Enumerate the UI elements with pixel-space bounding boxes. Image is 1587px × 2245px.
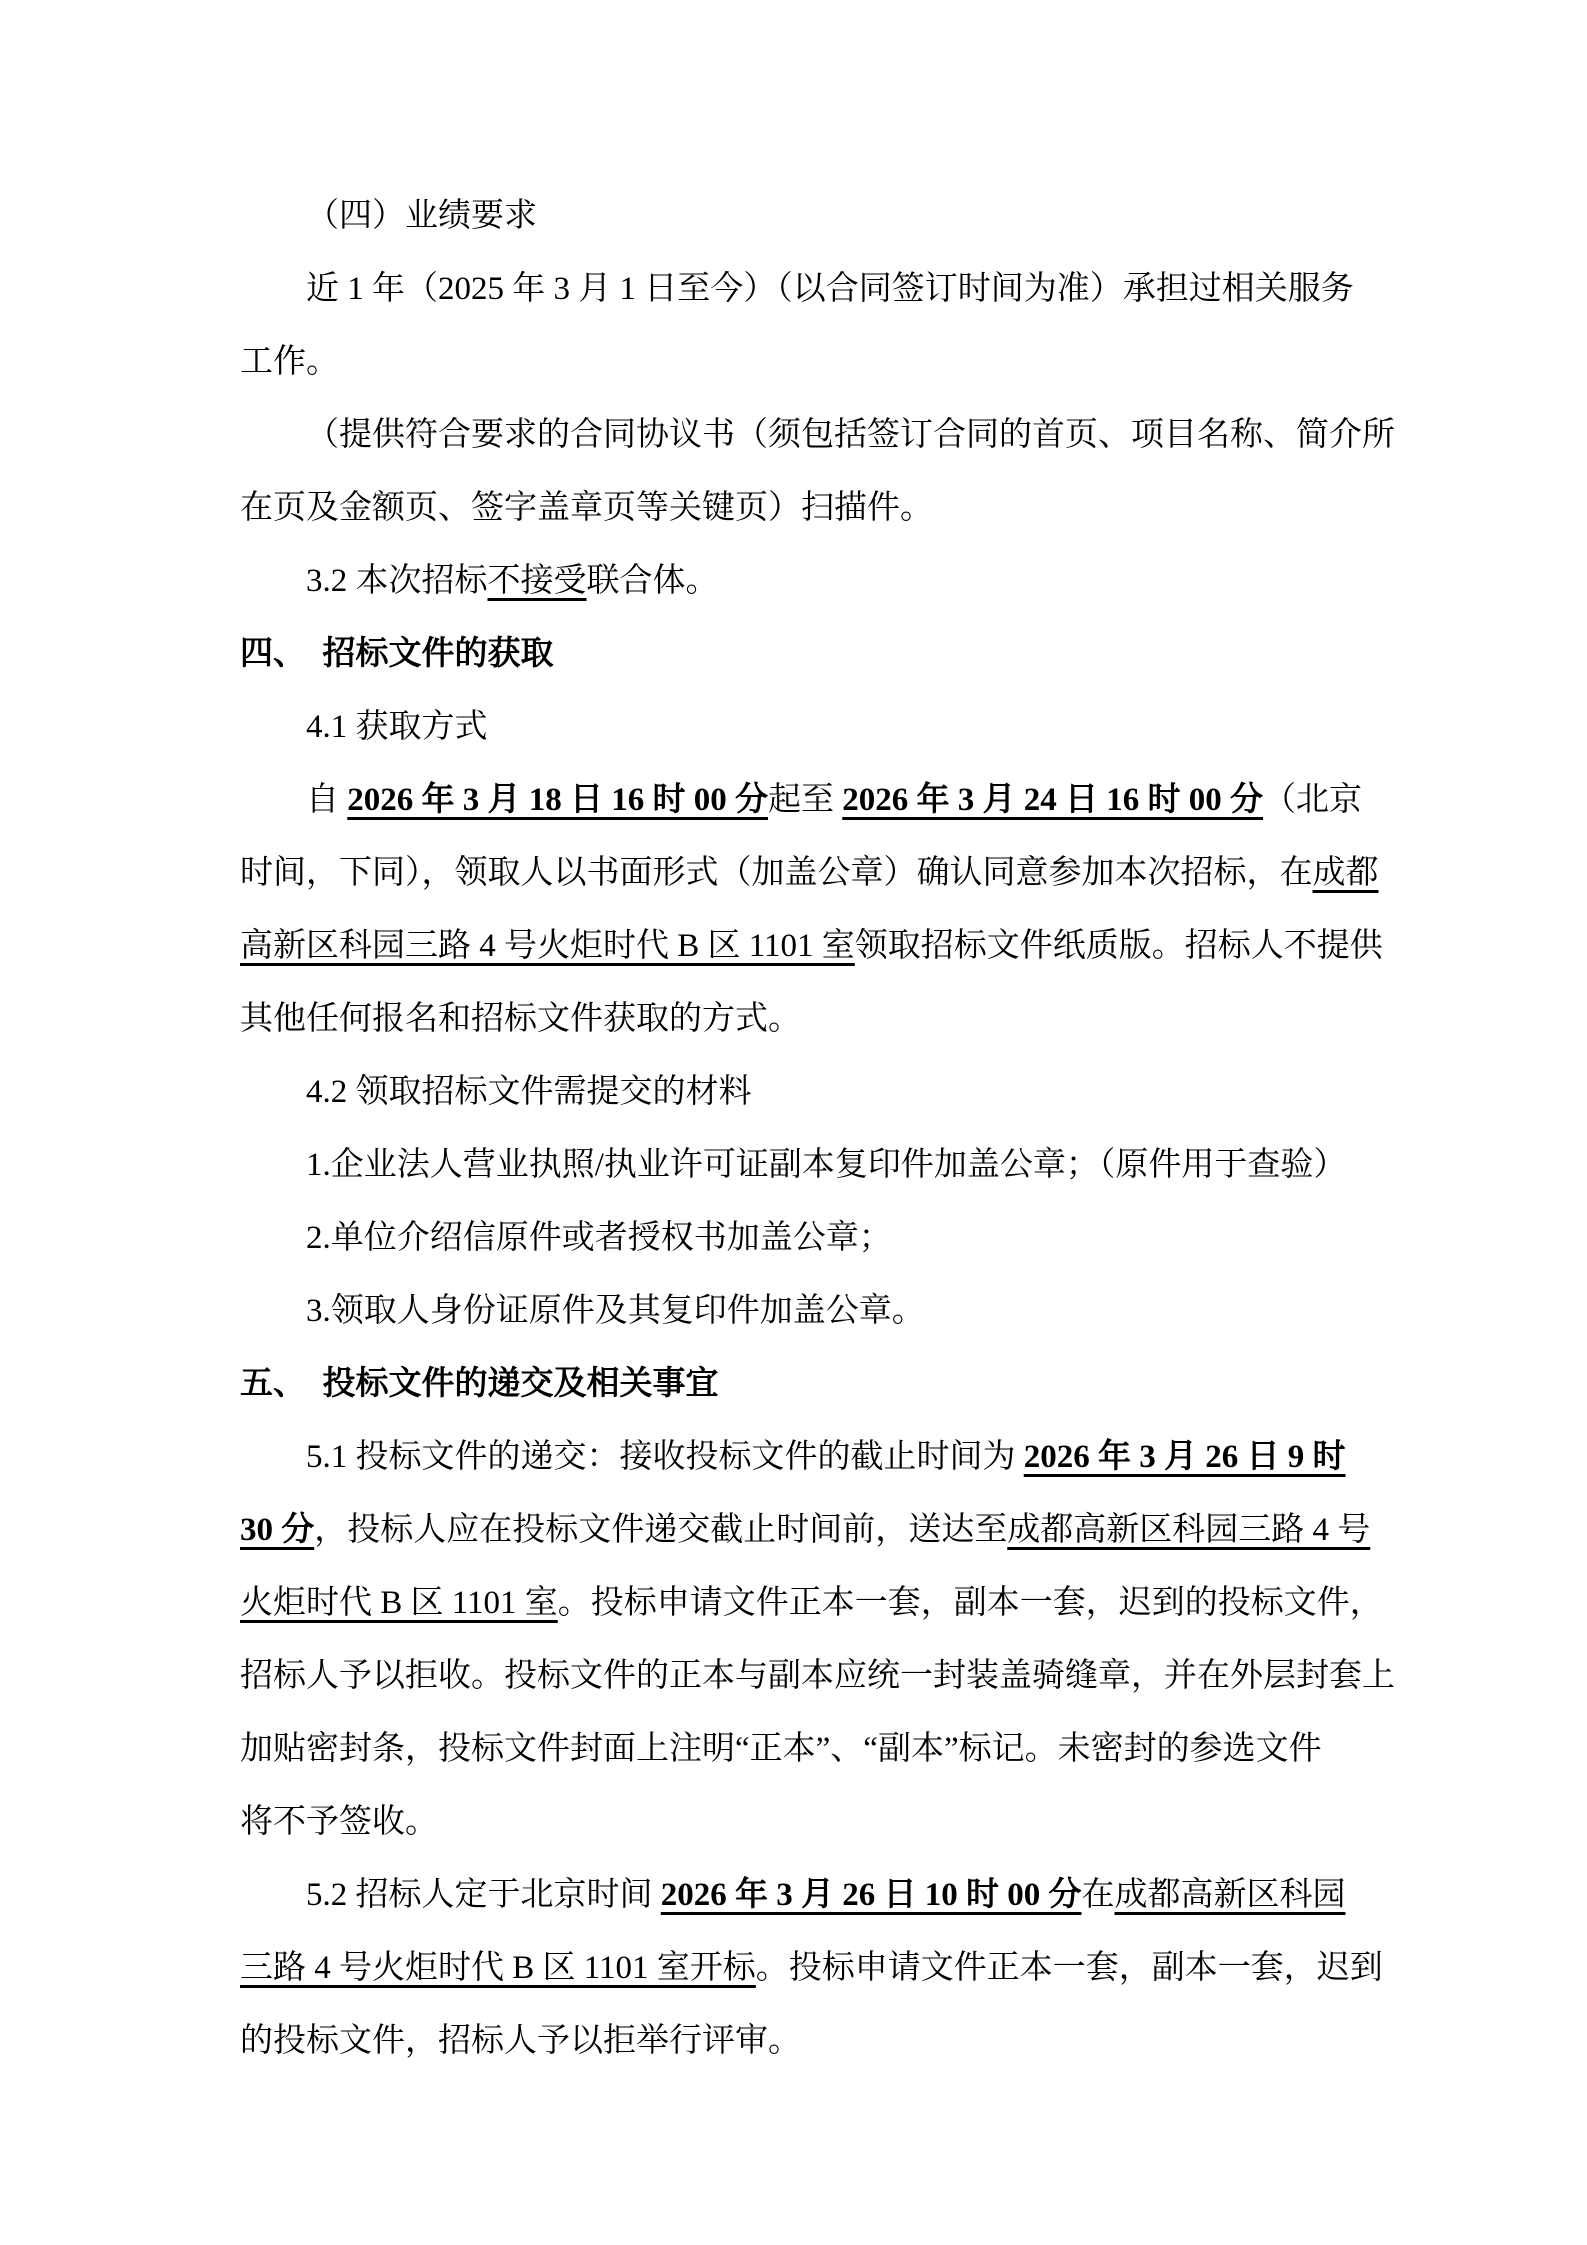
clause-5-1-line-2: 30 分，投标人应在投标文件递交截止时间前，送达至成都高新区科园三路 4 号 <box>240 1494 1415 1567</box>
text-run: （四）业绩要求 <box>306 198 537 234</box>
underlined-run: 成都 <box>1313 855 1379 891</box>
underlined-run: 不接受 <box>488 563 587 599</box>
text-run: 4.1 获取方式 <box>306 709 488 745</box>
clause-performance-requirement-heading: （四）业绩要求 <box>240 180 1415 253</box>
underlined-run: 2026 年 3 月 26 日 10 时 00 分 <box>661 1877 1082 1913</box>
material-item-1: 1.企业法人营业执照/执业许可证副本复印件加盖公章；（原件用于查验） <box>240 1129 1415 1202</box>
material-item-3: 3.领取人身份证原件及其复印件加盖公章。 <box>240 1275 1415 1348</box>
underlined-run: 火炬时代 B 区 1101 室 <box>240 1585 558 1621</box>
underlined-run: 三路 4 号火炬时代 B 区 1101 室开标 <box>240 1950 756 1986</box>
text-run: 五、 投标文件的递交及相关事宜 <box>240 1366 719 1402</box>
text-run: 时间，下同），领取人以书面形式（加盖公章）确认同意参加本次招标，在 <box>240 855 1313 891</box>
text-run: 招标人予以拒收。投标文件的正本与副本应统一封装盖骑缝章，并在外层封套上 <box>240 1658 1395 1694</box>
text-run: 1.企业法人营业执照/执业许可证副本复印件加盖公章；（原件用于查验） <box>306 1147 1346 1183</box>
clause-3-2-no-consortium: 3.2 本次招标不接受联合体。 <box>240 545 1415 618</box>
underlined-run: 2026 年 3 月 24 日 16 时 00 分 <box>842 782 1263 818</box>
text-run: 。投标申请文件正本一套，副本一套，迟到 <box>756 1950 1383 1986</box>
clause-4-1-heading: 4.1 获取方式 <box>240 691 1415 764</box>
text-run: 自 <box>306 782 347 818</box>
contract-proof-note-line-2: 在页及金额页、签字盖章页等关键页）扫描件。 <box>240 472 1415 545</box>
text-run: 。投标申请文件正本一套，副本一套，迟到的投标文件， <box>558 1585 1383 1621</box>
clause-5-1-line-3: 火炬时代 B 区 1101 室。投标申请文件正本一套，副本一套，迟到的投标文件， <box>240 1567 1415 1640</box>
clause-4-1-line-4: 其他任何报名和招标文件获取的方式。 <box>240 983 1415 1056</box>
clause-5-1-line-6: 将不予签收。 <box>240 1786 1415 1859</box>
material-item-2: 2.单位介绍信原件或者授权书加盖公章； <box>240 1202 1415 1275</box>
text-run: 5.1 投标文件的递交：接收投标文件的截止时间为 <box>306 1439 1024 1475</box>
text-run: 四、 招标文件的获取 <box>240 636 554 672</box>
text-run: 2.单位介绍信原件或者授权书加盖公章； <box>306 1220 892 1256</box>
text-run: 4.2 领取招标文件需提交的材料 <box>306 1074 752 1110</box>
text-run: 起至 <box>768 782 842 818</box>
clause-5-1-line-5: 加贴密封条，投标文件封面上注明“正本”、“副本”标记。未密封的参选文件 <box>240 1713 1415 1786</box>
underlined-run: 30 分 <box>240 1512 314 1548</box>
text-run: 在 <box>1082 1877 1115 1913</box>
section-heading-5-bid-submission: 五、 投标文件的递交及相关事宜 <box>240 1348 1415 1421</box>
clause-5-1-line-1: 5.1 投标文件的递交：接收投标文件的截止时间为 2026 年 3 月 26 日… <box>240 1421 1415 1494</box>
document-page: （四）业绩要求近 1 年（2025 年 3 月 1 日至今）（以合同签订时间为准… <box>240 180 1415 2078</box>
text-run: 联合体。 <box>587 563 719 599</box>
underlined-run: 成都高新区科园三路 4 号 <box>1007 1512 1370 1548</box>
clause-5-2-line-3: 的投标文件，招标人予以拒举行评审。 <box>240 2005 1415 2078</box>
text-run: 3.领取人身份证原件及其复印件加盖公章。 <box>306 1293 925 1329</box>
clause-5-2-line-1: 5.2 招标人定于北京时间 2026 年 3 月 26 日 10 时 00 分在… <box>240 1859 1415 1932</box>
text-run: （北京 <box>1263 782 1362 818</box>
text-run: 加贴密封条，投标文件封面上注明“正本”、“副本”标记。未密封的参选文件 <box>240 1731 1322 1767</box>
text-run: 将不予签收。 <box>240 1804 438 1840</box>
underlined-run: 2026 年 3 月 18 日 16 时 00 分 <box>347 782 768 818</box>
underlined-run: 成都高新区科园 <box>1115 1877 1346 1913</box>
underlined-run: 2026 年 3 月 26 日 9 时 <box>1024 1439 1346 1475</box>
text-run: ，投标人应在投标文件递交截止时间前，送达至 <box>314 1512 1007 1548</box>
text-run: 工作。 <box>240 344 339 380</box>
clause-4-2-heading: 4.2 领取招标文件需提交的材料 <box>240 1056 1415 1129</box>
clause-5-1-line-4: 招标人予以拒收。投标文件的正本与副本应统一封装盖骑缝章，并在外层封套上 <box>240 1640 1415 1713</box>
clause-4-1-line-3: 高新区科园三路 4 号火炬时代 B 区 1101 室领取招标文件纸质版。招标人不… <box>240 910 1415 983</box>
text-run: 5.2 招标人定于北京时间 <box>306 1877 661 1913</box>
text-run: 3.2 本次招标 <box>306 563 488 599</box>
contract-proof-note-line-1: （提供符合要求的合同协议书（须包括签订合同的首页、项目名称、简介所 <box>240 399 1415 472</box>
text-run: （提供符合要求的合同协议书（须包括签订合同的首页、项目名称、简介所 <box>306 417 1395 453</box>
performance-requirement-line-1: 近 1 年（2025 年 3 月 1 日至今）（以合同签订时间为准）承担过相关服… <box>240 253 1415 326</box>
section-heading-4-obtaining-documents: 四、 招标文件的获取 <box>240 618 1415 691</box>
underlined-run: 高新区科园三路 4 号火炬时代 B 区 1101 室 <box>240 928 855 964</box>
clause-4-1-line-1: 自 2026 年 3 月 18 日 16 时 00 分起至 2026 年 3 月… <box>240 764 1415 837</box>
text-run: 的投标文件，招标人予以拒举行评审。 <box>240 2023 801 2059</box>
clause-4-1-line-2: 时间，下同），领取人以书面形式（加盖公章）确认同意参加本次招标，在成都 <box>240 837 1415 910</box>
text-run: 近 1 年（2025 年 3 月 1 日至今）（以合同签订时间为准）承担过相关服… <box>306 271 1354 307</box>
performance-requirement-line-2: 工作。 <box>240 326 1415 399</box>
text-run: 其他任何报名和招标文件获取的方式。 <box>240 1001 801 1037</box>
text-run: 在页及金额页、签字盖章页等关键页）扫描件。 <box>240 490 933 526</box>
text-run: 领取招标文件纸质版。招标人不提供 <box>855 928 1383 964</box>
clause-5-2-line-2: 三路 4 号火炬时代 B 区 1101 室开标。投标申请文件正本一套，副本一套，… <box>240 1932 1415 2005</box>
